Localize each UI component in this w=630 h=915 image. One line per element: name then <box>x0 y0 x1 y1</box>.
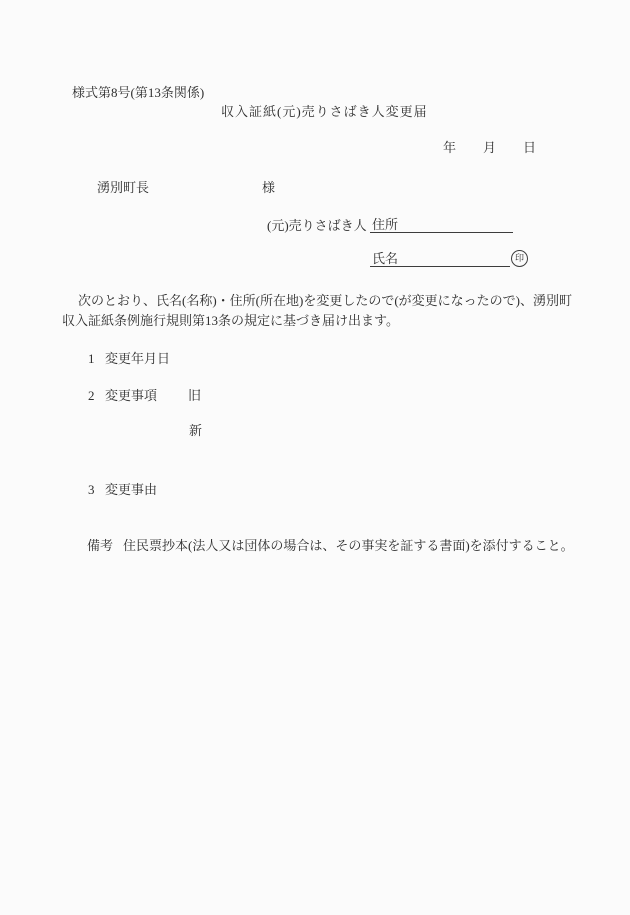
item2-old-label: 旧 <box>188 388 201 403</box>
date-line: 年 月 日 <box>443 140 536 155</box>
address-label: 住所 <box>370 217 398 232</box>
name-label: 氏名 <box>370 251 398 266</box>
seal-mark-icon: 印 <box>511 250 528 267</box>
item2-label: 変更事項 <box>105 388 157 403</box>
body-paragraph-line2: 収入証紙条例施行規則第13条の規定に基づき届け出ます。 <box>62 311 574 331</box>
addressee-honorific: 様 <box>262 180 275 195</box>
item1-label: 変更年月日 <box>105 351 170 366</box>
item2-number: 2 <box>88 388 95 403</box>
item3-number: 3 <box>88 482 95 497</box>
item3-label: 変更事由 <box>105 482 157 497</box>
declarant-role: (元)売りさばき人 <box>267 218 367 233</box>
document-title: 収入証紙(元)売りさばき人変更届 <box>221 104 428 119</box>
addressee-name: 湧別町長 <box>97 180 149 195</box>
date-month-label: 月 <box>483 140 496 155</box>
note-label: 備考 <box>87 538 113 553</box>
date-year-label: 年 <box>443 140 456 155</box>
item2-new-label: 新 <box>189 423 202 438</box>
name-field-blank: 氏名 <box>370 251 510 267</box>
body-paragraph-line1: 次のとおり、氏名(名称)・住所(所在地)を変更したので(が変更になったので)、湧… <box>62 291 574 311</box>
item1-number: 1 <box>88 351 95 366</box>
address-field-blank: 住所 <box>370 217 513 233</box>
document-page: 様式第8号(第13条関係) 収入証紙(元)売りさばき人変更届 年 月 日 湧別町… <box>0 0 630 915</box>
body-paragraph: 次のとおり、氏名(名称)・住所(所在地)を変更したので(が変更になったので)、湧… <box>62 291 574 331</box>
form-number: 様式第8号(第13条関係) <box>72 85 204 100</box>
date-day-label: 日 <box>523 140 536 155</box>
note-text: 住民票抄本(法人又は団体の場合は、その事実を証する書面)を添付すること。 <box>123 538 574 553</box>
